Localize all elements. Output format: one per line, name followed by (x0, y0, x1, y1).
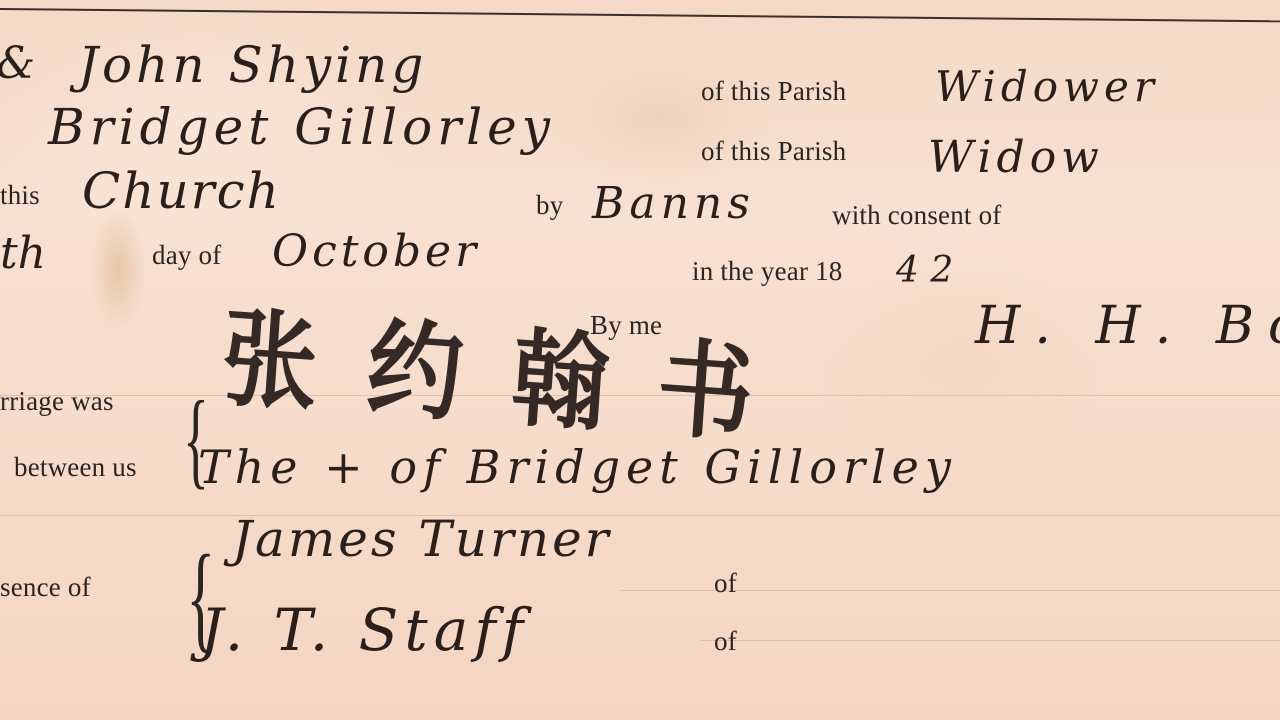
officiant-signature: H. H. Bo (975, 296, 1280, 356)
witness-2-of-label: of (714, 626, 737, 657)
by-label: by (536, 190, 563, 221)
in-this-label: this (0, 180, 40, 211)
day-suffix: th (0, 228, 46, 279)
place: Church (82, 162, 281, 220)
presence-of-label: sence of (0, 572, 91, 603)
in-the-year-label: in the year 18 (692, 256, 843, 287)
method-banns: Banns (592, 178, 755, 229)
groom-name: John Shying (78, 36, 427, 94)
day-of-label: day of (152, 240, 221, 271)
year-digits: 4 2 (896, 250, 953, 291)
of-this-parish-groom: of this Parish (701, 76, 846, 107)
ruled-line (0, 515, 1280, 516)
between-us-label: between us (14, 452, 137, 483)
bride-status: Widow (928, 132, 1104, 183)
month: October (272, 226, 480, 277)
witness-1-of-label: of (714, 568, 737, 599)
groom-status: Widower (935, 62, 1159, 111)
bride-name: Bridget Gillorley (48, 98, 555, 156)
bride-mark: The + of Bridget Gillorley (198, 440, 957, 494)
with-consent-label: with consent of (832, 200, 1001, 231)
groom-prefix: & (0, 38, 35, 89)
of-this-parish-bride: of this Parish (701, 136, 846, 167)
marriage-was-label: rriage was (0, 386, 114, 417)
witness-1-signature: James Turner (232, 510, 612, 568)
witness-2-signature: J. T. Staff (200, 596, 529, 664)
ruled-line (700, 640, 1280, 641)
